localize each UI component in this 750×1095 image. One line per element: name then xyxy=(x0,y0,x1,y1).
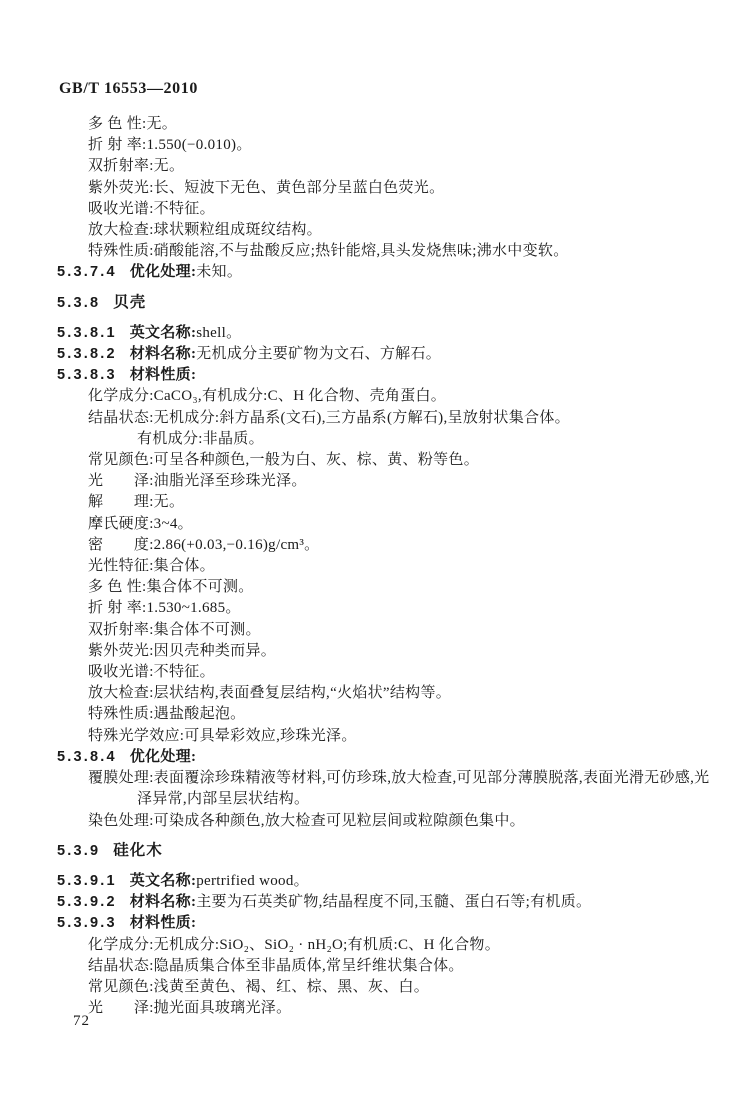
property-line: 吸收光谱:不特征。 xyxy=(0,199,750,220)
standard-number-header: GB/T 16553—2010 xyxy=(59,80,198,98)
line-text: 特殊光学效应:可具晕彩效应,珍珠光泽。 xyxy=(88,728,357,744)
property-line: 化学成分:CaCO₃,有机成分:C、H 化合物、壳角蛋白。 xyxy=(0,386,750,407)
clause-line: 5.3.8.3材料性质: xyxy=(0,365,750,386)
line-text: 结晶状态:无机成分:斜方晶系(文石),三方晶系(方解石),呈放射状集合体。 xyxy=(88,410,570,426)
line-text: 化学成分:无机成分:SiO₂、SiO₂ · nH₂O;有机质:C、H 化合物。 xyxy=(88,937,500,953)
property-line: 折 射 率:1.550(−0.010)。 xyxy=(0,135,750,156)
property-line: 特殊光学效应:可具晕彩效应,珍珠光泽。 xyxy=(0,726,750,747)
clause-line: 5.3.8.4优化处理: xyxy=(0,747,750,768)
property-line: 光性特征:集合体。 xyxy=(0,556,750,577)
line-text: pertrified wood。 xyxy=(196,873,309,889)
clause-number: 5.3.8.2 xyxy=(57,346,117,362)
line-text: 紫外荧光:因贝壳种类而异。 xyxy=(88,643,276,659)
clause-line: 5.3.9.2材料名称:主要为石英类矿物,结晶程度不同,玉髓、蛋白石等;有机质。 xyxy=(0,892,750,913)
property-line: 特殊性质:遇盐酸起泡。 xyxy=(0,704,750,725)
property-line: 解 理:无。 xyxy=(0,492,750,513)
property-line: 结晶状态:无机成分:斜方晶系(文石),三方晶系(方解石),呈放射状集合体。 xyxy=(0,408,750,429)
property-line: 特殊性质:硝酸能溶,不与盐酸反应;热针能熔,具头发烧焦味;沸水中变软。 xyxy=(0,241,750,262)
property-line: 摩氏硬度:3~4。 xyxy=(0,514,750,535)
clause-label: 材料性质: xyxy=(130,915,197,931)
clause-line: 5.3.8.1英文名称:shell。 xyxy=(0,323,750,344)
property-line: 多 色 性:无。 xyxy=(0,114,750,135)
continuation-line: 有机成分:非晶质。 xyxy=(0,429,750,450)
line-text: 特殊性质:遇盐酸起泡。 xyxy=(88,706,245,722)
line-text: 常见颜色:可呈各种颜色,一般为白、灰、棕、黄、粉等色。 xyxy=(88,452,479,468)
continuation-line: 泽异常,内部呈层状结构。 xyxy=(0,789,750,810)
clause-number: 5.3.9 xyxy=(57,843,100,859)
property-line: 染色处理:可染成各种颜色,放大检查可见粒层间或粒隙颜色集中。 xyxy=(0,811,750,832)
line-text: 光性特征:集合体。 xyxy=(88,558,215,574)
clause-number: 5.3.8.4 xyxy=(57,749,117,765)
property-line: 结晶状态:隐晶质集合体至非晶质体,常呈纤维状集合体。 xyxy=(0,956,750,977)
clause-line: 5.3.7.4优化处理:未知。 xyxy=(0,262,750,283)
line-text: 多 色 性:集合体不可测。 xyxy=(88,579,254,595)
clause-line: 5.3.9.3材料性质: xyxy=(0,913,750,934)
line-text: 多 色 性:无。 xyxy=(88,116,177,132)
clause-label: 材料性质: xyxy=(130,367,197,383)
section-heading: 5.3.8贝壳 xyxy=(0,292,750,314)
line-text: 折 射 率:1.530~1.685。 xyxy=(88,600,241,616)
line-text: 双折射率:集合体不可测。 xyxy=(88,622,261,638)
clause-number: 5.3.9.1 xyxy=(57,873,117,889)
clause-label: 优化处理: xyxy=(130,749,197,765)
line-text: 放大检查:层状结构,表面叠复层结构,“火焰状”结构等。 xyxy=(88,685,451,701)
line-text: 染色处理:可染成各种颜色,放大检查可见粒层间或粒隙颜色集中。 xyxy=(88,813,525,829)
property-line: 紫外荧光:长、短波下无色、黄色部分呈蓝白色荧光。 xyxy=(0,178,750,199)
property-line: 光 泽:油脂光泽至珍珠光泽。 xyxy=(0,471,750,492)
line-text: 双折射率:无。 xyxy=(88,158,184,174)
property-line: 常见颜色:浅黄至黄色、褐、红、棕、黑、灰、白。 xyxy=(0,977,750,998)
section-title: 贝壳 xyxy=(113,294,146,311)
property-line: 双折射率:无。 xyxy=(0,156,750,177)
clause-number: 5.3.9.3 xyxy=(57,915,117,931)
property-line: 多 色 性:集合体不可测。 xyxy=(0,577,750,598)
clause-label: 优化处理: xyxy=(130,264,197,280)
clause-line: 5.3.8.2材料名称:无机成分主要矿物为文石、方解石。 xyxy=(0,344,750,365)
line-text: 化学成分:CaCO₃,有机成分:C、H 化合物、壳角蛋白。 xyxy=(88,388,446,404)
line-text: 光 泽:油脂光泽至珍珠光泽。 xyxy=(88,473,307,489)
page-number: 72 xyxy=(73,1013,90,1030)
property-line: 光 泽:抛光面具玻璃光泽。 xyxy=(0,998,750,1019)
property-line: 吸收光谱:不特征。 xyxy=(0,662,750,683)
line-text: 覆膜处理:表面覆涂珍珠精液等材料,可仿珍珠,放大检查,可见部分薄膜脱落,表面光滑… xyxy=(88,770,709,786)
section-heading: 5.3.9硅化木 xyxy=(0,840,750,862)
line-text: 有机成分:非晶质。 xyxy=(137,431,264,447)
line-text: 特殊性质:硝酸能溶,不与盐酸反应;热针能熔,具头发烧焦味;沸水中变软。 xyxy=(88,243,569,259)
line-text: 泽异常,内部呈层状结构。 xyxy=(137,791,309,807)
property-line: 密 度:2.86(+0.03,−0.16)g/cm³。 xyxy=(0,535,750,556)
line-text: 吸收光谱:不特征。 xyxy=(88,201,215,217)
clause-number: 5.3.8.3 xyxy=(57,367,117,383)
clause-line: 5.3.9.1英文名称:pertrified wood。 xyxy=(0,871,750,892)
clause-label: 材料名称: xyxy=(130,346,197,362)
clause-label: 英文名称: xyxy=(130,325,197,341)
document-page: GB/T 16553—2010 多 色 性:无。折 射 率:1.550(−0.0… xyxy=(0,0,750,1095)
line-text: shell。 xyxy=(196,325,241,341)
clause-label: 材料名称: xyxy=(130,894,197,910)
property-line: 放大检查:球状颗粒组成斑纹结构。 xyxy=(0,220,750,241)
clause-number: 5.3.8.1 xyxy=(57,325,117,341)
property-line: 化学成分:无机成分:SiO₂、SiO₂ · nH₂O;有机质:C、H 化合物。 xyxy=(0,935,750,956)
clause-number: 5.3.8 xyxy=(57,295,100,311)
document-body: 多 色 性:无。折 射 率:1.550(−0.010)。双折射率:无。紫外荧光:… xyxy=(0,114,750,1019)
property-line: 常见颜色:可呈各种颜色,一般为白、灰、棕、黄、粉等色。 xyxy=(0,450,750,471)
clause-number: 5.3.7.4 xyxy=(57,264,117,280)
line-text: 光 泽:抛光面具玻璃光泽。 xyxy=(88,1000,291,1016)
line-text: 密 度:2.86(+0.03,−0.16)g/cm³。 xyxy=(88,537,319,553)
line-text: 放大检查:球状颗粒组成斑纹结构。 xyxy=(88,222,322,238)
line-text: 摩氏硬度:3~4。 xyxy=(88,516,193,532)
line-text: 主要为石英类矿物,结晶程度不同,玉髓、蛋白石等;有机质。 xyxy=(196,894,591,910)
clause-label: 英文名称: xyxy=(130,873,197,889)
section-title: 硅化木 xyxy=(113,842,163,859)
line-text: 紫外荧光:长、短波下无色、黄色部分呈蓝白色荧光。 xyxy=(88,180,444,196)
property-line: 放大检查:层状结构,表面叠复层结构,“火焰状”结构等。 xyxy=(0,683,750,704)
line-text: 吸收光谱:不特征。 xyxy=(88,664,215,680)
line-text: 常见颜色:浅黄至黄色、褐、红、棕、黑、灰、白。 xyxy=(88,979,429,995)
line-text: 解 理:无。 xyxy=(88,494,184,510)
property-line: 覆膜处理:表面覆涂珍珠精液等材料,可仿珍珠,放大检查,可见部分薄膜脱落,表面光滑… xyxy=(0,768,750,789)
line-text: 未知。 xyxy=(196,264,242,280)
line-text: 折 射 率:1.550(−0.010)。 xyxy=(88,137,252,153)
property-line: 双折射率:集合体不可测。 xyxy=(0,620,750,641)
property-line: 折 射 率:1.530~1.685。 xyxy=(0,598,750,619)
clause-number: 5.3.9.2 xyxy=(57,894,117,910)
line-text: 无机成分主要矿物为文石、方解石。 xyxy=(196,346,441,362)
line-text: 结晶状态:隐晶质集合体至非晶质体,常呈纤维状集合体。 xyxy=(88,958,464,974)
property-line: 紫外荧光:因贝壳种类而异。 xyxy=(0,641,750,662)
